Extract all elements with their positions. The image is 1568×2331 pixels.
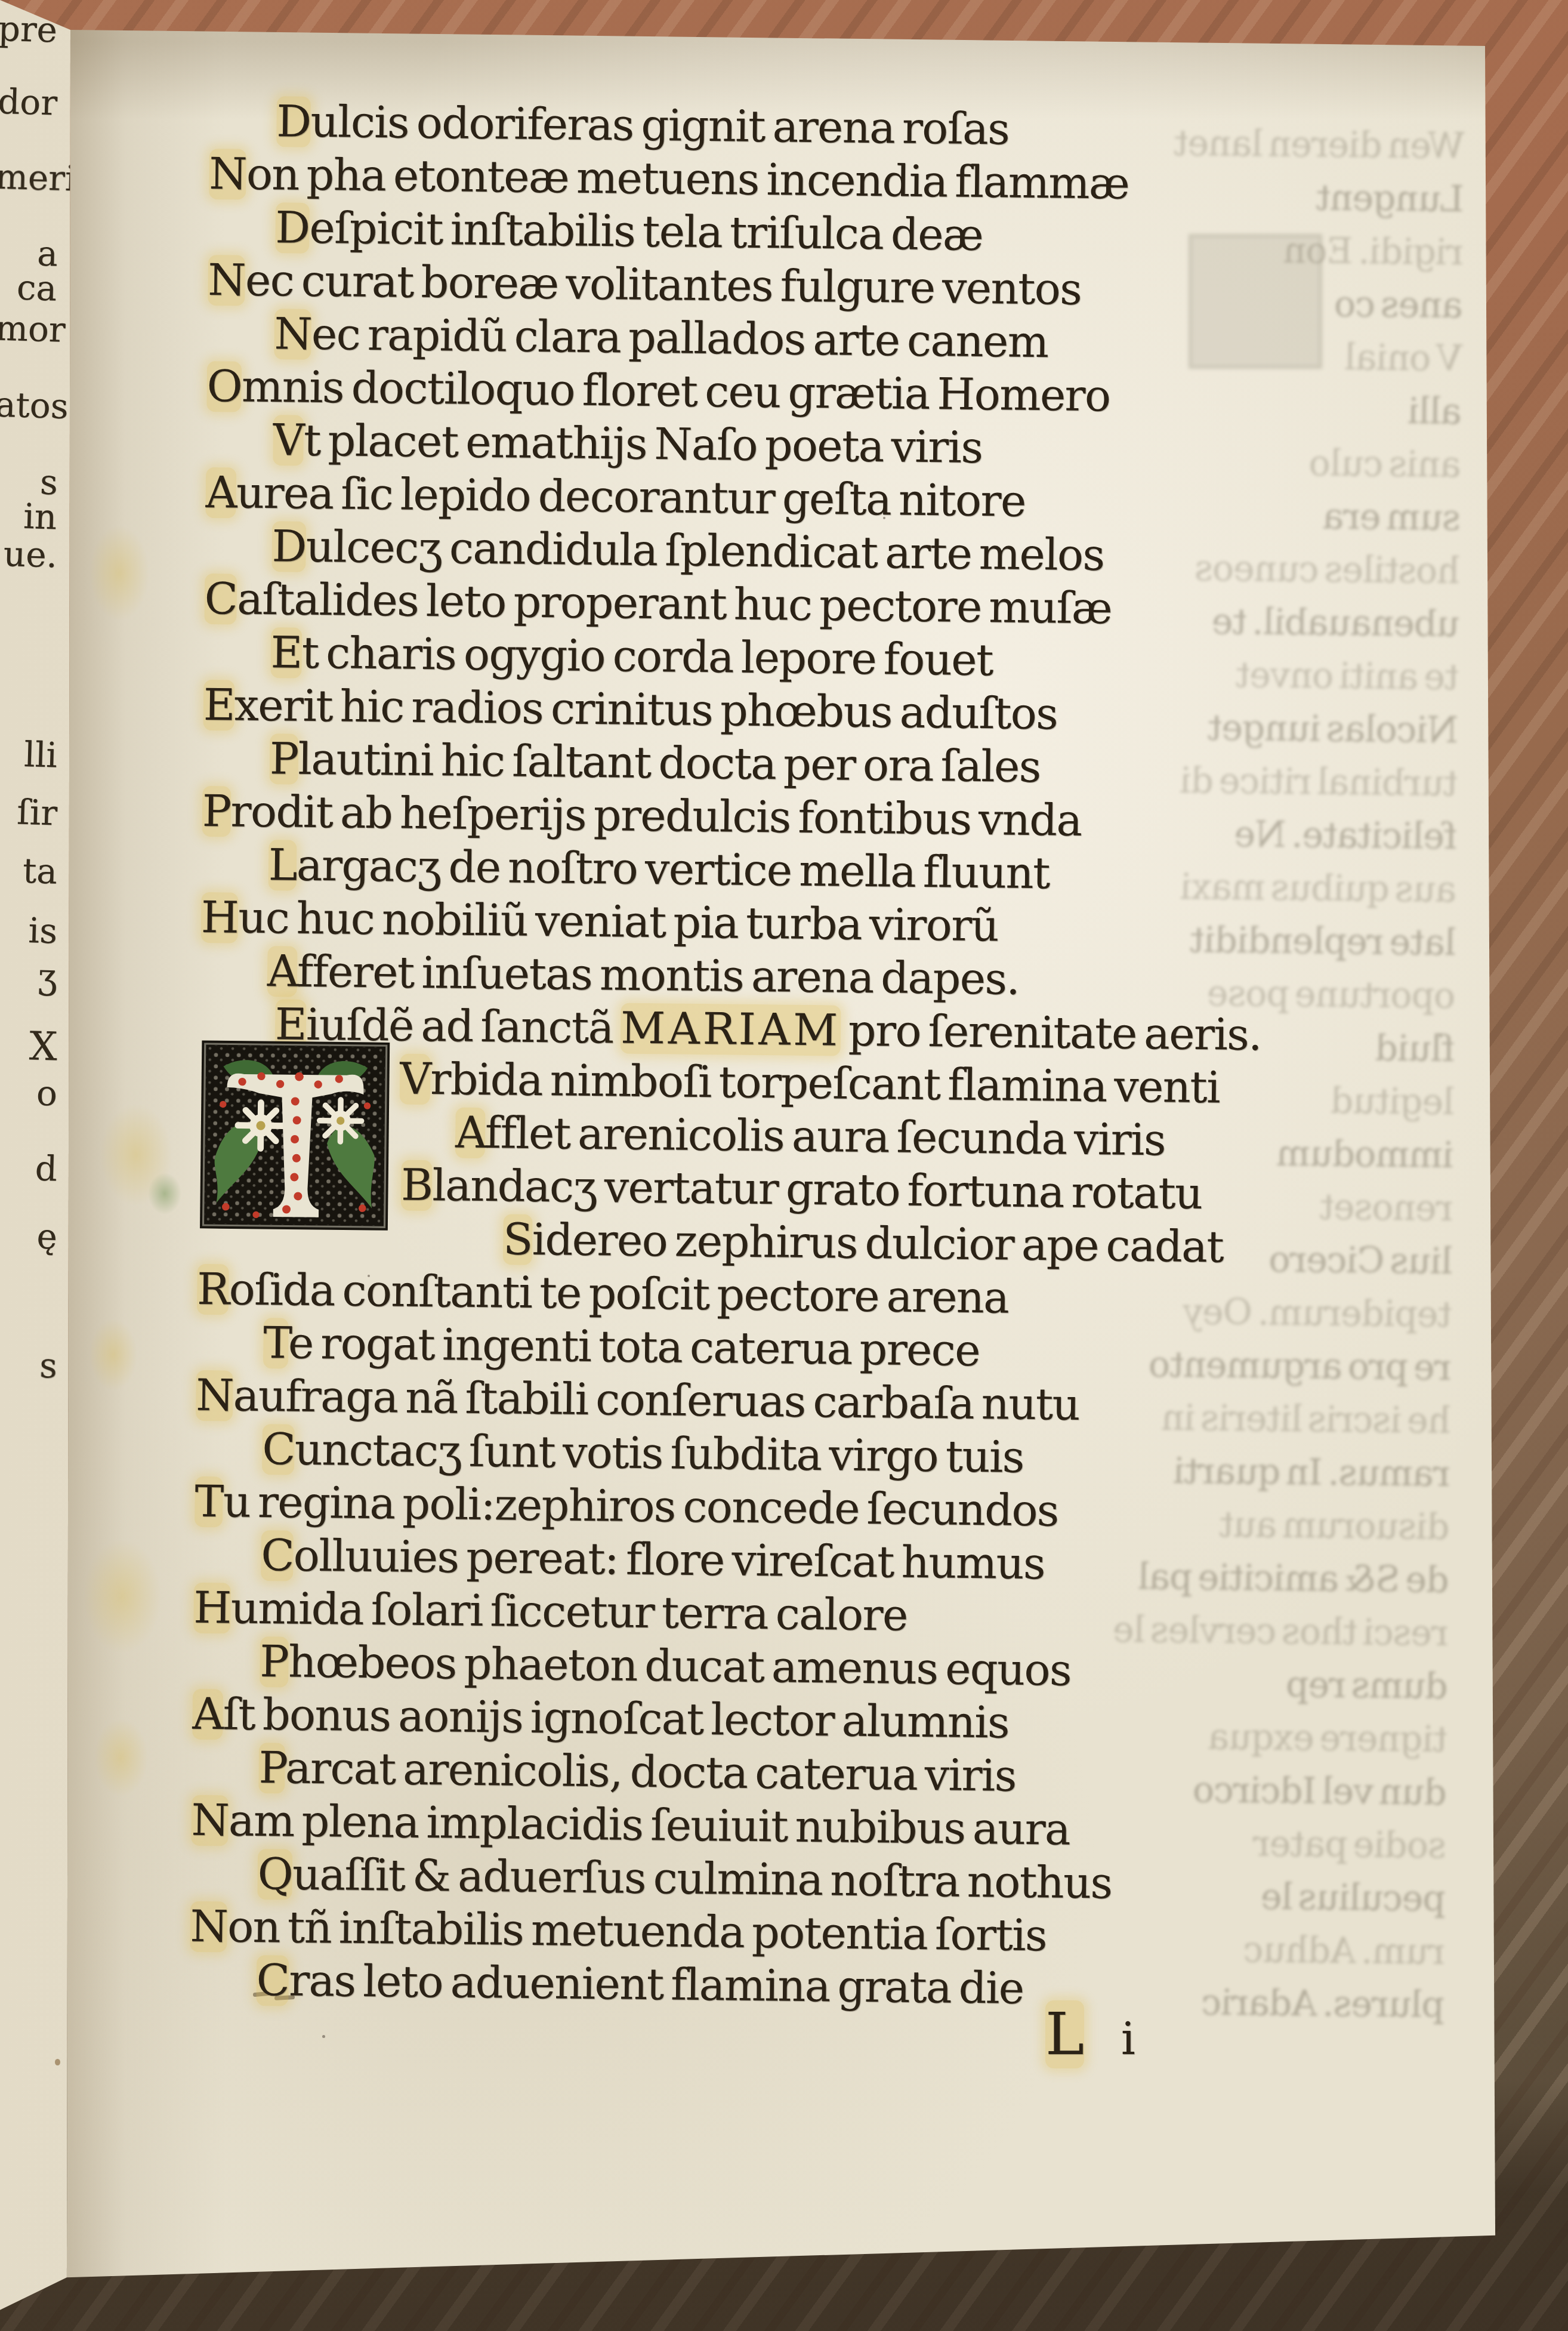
washed-capital: A (192, 1689, 223, 1740)
washed-capital: MARIAM (621, 1003, 841, 1056)
washed-capital: P (269, 733, 298, 785)
poem-text-block: T (189, 94, 1271, 2018)
line-text: unctacʒ ſunt votis ſubdita virgo tuis (294, 1424, 1024, 1483)
washed-capital: O (206, 361, 242, 412)
washed-capital: N (274, 309, 311, 360)
washed-capital: B (401, 1160, 433, 1211)
facing-page-fragment: atos (0, 387, 58, 424)
washed-capital: C (262, 1424, 295, 1475)
paper-speck (322, 2035, 325, 2038)
facing-page-fragment: dor (0, 84, 58, 121)
washed-capital: T (195, 1476, 223, 1528)
washed-capital: L (268, 840, 297, 891)
line-text: t placet emathijs Naſo poeta viris (303, 415, 982, 473)
washed-capital: A (455, 1108, 486, 1159)
facing-page-fragment: ue. (0, 536, 58, 573)
line-text: pro ſerenitate aeris. (841, 1006, 1262, 1061)
washed-capital: E (270, 627, 302, 679)
washed-capital: V (273, 415, 304, 466)
washed-capital: S (503, 1214, 532, 1265)
yellow-stain (89, 525, 149, 621)
line-text: ulcis odoriferas gignit arena roſas (310, 97, 1010, 155)
line-text: e rogat ingenti tota caterua prece (288, 1318, 980, 1377)
quire-signature: Li (1045, 2000, 1135, 2068)
facing-page-fragment: is (0, 912, 58, 949)
facing-page-fragment: s in (0, 464, 58, 535)
washed-capital: H (193, 1583, 231, 1634)
line-text: olluuies pereat: flore vireſcat humus (293, 1531, 1045, 1590)
washed-capital: C (256, 1955, 289, 2006)
washed-capital: N (209, 149, 246, 200)
signature-leaf: i (1121, 2014, 1135, 2065)
line-text: ras leto aduenient flamina grata die (289, 1956, 1024, 2014)
line-text: ec curat boreæ volitantes fulgure ventos (245, 255, 1082, 315)
line-text: ſt bonus aonijs ignoſcat lector alumnis (223, 1689, 1009, 1748)
yellow-stain (89, 1319, 137, 1390)
paper-speck (55, 2059, 60, 2065)
washed-capital: D (275, 202, 310, 254)
washed-capital: C (204, 573, 237, 625)
washed-capital: E (203, 680, 234, 731)
poem-line: Afflet arenicolis aura ſecunda viris (455, 1106, 1261, 1168)
poem-line: Sidereo zephirus dulcior ape cadat (503, 1213, 1260, 1274)
washed-capital: N (208, 255, 245, 306)
line-text: ec rapidũ clara pallados arte canem (311, 309, 1048, 368)
washed-capital: V (400, 1054, 431, 1105)
woodcut-initial-graphic (199, 1038, 390, 1232)
line-text: idereo zephirus dulcior ape cadat (532, 1214, 1223, 1273)
facing-page-fragment: o (0, 1075, 58, 1111)
poem-line: Vrbida nimboſi torpeſcant flamina venti (400, 1053, 1261, 1115)
line-text: eſpicit inſtabilis tela triſulca deæ (309, 203, 983, 261)
line-text: mnis doctiloquo floret ceu grætia Homero (242, 362, 1110, 422)
line-text: fflet arenicolis aura ſecunda viris (485, 1108, 1166, 1165)
line-text: xerit hic radios crinitus phœbus aduſtos (234, 680, 1057, 740)
yellow-stain (94, 1719, 148, 1796)
line-text: arcat arenicolis, docta caterua viris (285, 1743, 1017, 1802)
line-text: ulcecʒ candidula ſplendicat arte melos (305, 522, 1104, 581)
line-text: landacʒ vertatur grato fortuna rotatu (432, 1160, 1202, 1219)
washed-capital: D (271, 521, 306, 572)
line-text: lautini hic ſaltant docta per ora ſales (298, 734, 1041, 793)
woodcut-initial-T: T (199, 1038, 390, 1232)
washed-capital: R (197, 1264, 229, 1315)
washed-capital: T (263, 1318, 288, 1368)
facing-page-fragment: ʒ (0, 958, 58, 994)
line-text: umida ſolari ſiccetur terra calore (230, 1583, 908, 1641)
line-text: aſtalides leto properant huc pectore muſ… (237, 574, 1112, 634)
washed-capital: P (260, 1636, 289, 1688)
line-text: rbida nimboſi torpeſcant flamina venti (430, 1054, 1220, 1113)
line-text: rodit ab heſperijs predulcis fontibus vn… (230, 786, 1082, 846)
signature-gathering: L (1045, 2000, 1084, 2068)
line-text: urea ſic lepido decorantur geſta nitore (236, 468, 1026, 527)
washed-capital: P (202, 786, 232, 837)
washed-capital: N (191, 1795, 229, 1846)
facing-page-fragment: d (0, 1150, 58, 1186)
facing-page-fragment: ę (0, 1218, 58, 1254)
facing-page-fragment: mor (0, 311, 58, 347)
washed-capital: N (196, 1370, 233, 1422)
washed-capital: P (258, 1743, 285, 1793)
poem-line: Blandacʒ vertatur grato fortuna rotatu (401, 1159, 1260, 1222)
washed-capital: H (201, 892, 239, 943)
facing-page-fragment: meri (0, 159, 58, 196)
line-text: aufraga nã ſtabili conſeruas carbaſa nut… (233, 1371, 1079, 1430)
facing-page-fragment: s (0, 1347, 58, 1383)
washed-capital: C (261, 1530, 294, 1581)
line-text: oſida conſtanti te poſcit pectore arena (229, 1264, 1009, 1323)
washed-capital: Q (257, 1849, 292, 1900)
line-text: on pha etonteæ metuens incendia flammæ (246, 149, 1129, 209)
line-text: uaſſit & aduerſus culmina noſtra nothus (292, 1849, 1112, 1909)
line-text: uc huc nobiliũ veniat pia turba virorũ (238, 893, 999, 952)
line-text: on tñ inſtabilis metuenda potentia ſorti… (227, 1901, 1047, 1961)
yellow-stain (84, 1540, 161, 1653)
line-text: hœbeos phaeton ducat amenus equos (288, 1637, 1072, 1696)
line-text: u regina poli:zephiros concede ſecundos (223, 1476, 1058, 1536)
green-stain (148, 1173, 181, 1214)
facing-page-fragment: ſir (0, 794, 58, 831)
line-text: argacʒ de noſtro vertice mella fluunt (297, 840, 1050, 899)
washed-capital: A (205, 467, 236, 519)
line-text: t charis ogygio corda lepore fouet (301, 628, 993, 686)
facing-page-fragment: lli (0, 736, 58, 773)
book-photo: predormeria camoratoss inue.lliſirtaisʒX… (0, 0, 1568, 2331)
washed-capital: A (267, 946, 298, 997)
line-text: am plena implacidis ſeuiuit nubibus aura (229, 1796, 1070, 1855)
line-text: fferet inſuetas montis arena dapes. (297, 946, 1020, 1005)
washed-capital: N (190, 1901, 227, 1953)
washed-capital: D (276, 96, 311, 147)
facing-page-fragment: ta (0, 853, 58, 889)
facing-page-fragment: X (0, 1026, 58, 1067)
facing-page-fragment: a ca (0, 235, 58, 306)
